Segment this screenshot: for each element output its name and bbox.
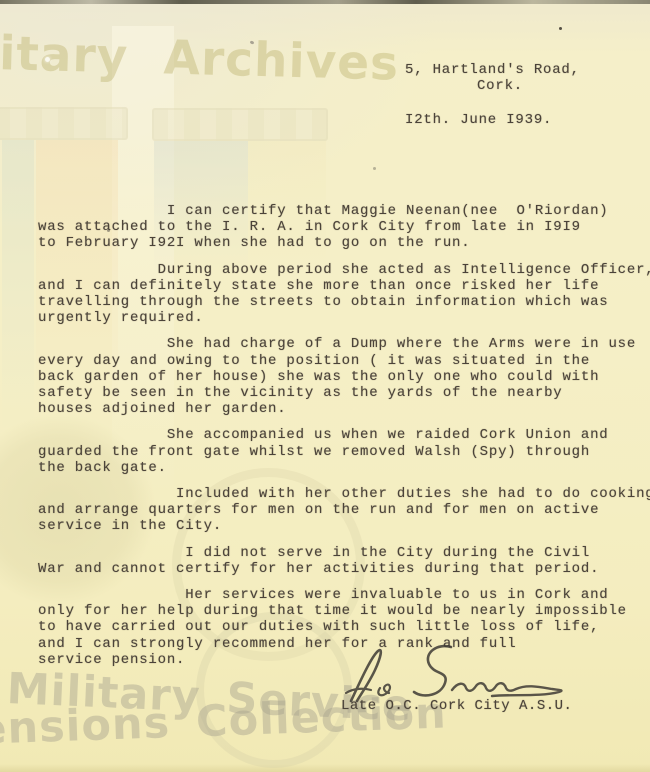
address-line: 5, Hartland's Road, [405, 62, 595, 78]
typed-line: every day and owing to the position ( it… [38, 353, 638, 369]
letter-date: I2th. June I939. [405, 112, 552, 128]
ink-speck [373, 167, 376, 170]
typed-line: During above period she acted as Intelli… [38, 262, 638, 278]
paragraph: Included with her other duties she had t… [38, 486, 638, 535]
typed-line: urgently required. [38, 310, 638, 326]
scanned-letter-page: Military Archives Military Service Pensi… [0, 0, 650, 772]
military-archives-watermark: Military Archives [0, 24, 400, 92]
typed-line: Her services were invaluable to us in Co… [38, 587, 638, 603]
scan-edge-line [0, 0, 650, 4]
typed-line: the back gate. [38, 460, 638, 476]
paragraph: I did not serve in the City during the C… [38, 545, 638, 577]
typed-line: I can certify that Maggie Neenan(nee O'R… [38, 203, 638, 219]
typed-line: to February I92I when she had to go on t… [38, 235, 638, 251]
typed-line: was attached to the I. R. A. in Cork Cit… [38, 219, 638, 235]
typed-line: travelling through the streets to obtain… [38, 294, 638, 310]
handwritten-signature [344, 644, 572, 706]
typed-line: War and cannot certify for her activitie… [38, 561, 638, 577]
typed-line: only for her help during that time it wo… [38, 603, 638, 619]
sender-address: 5, Hartland's Road, Cork. [405, 62, 595, 94]
paragraph: During above period she acted as Intelli… [38, 262, 638, 327]
typed-line: She accompanied us when we raided Cork U… [38, 427, 638, 443]
address-line: Cork. [405, 78, 595, 94]
signature-caption: Late O.C. Cork City A.S.U. [341, 698, 572, 714]
typed-line: safety be seen in the vicinity as the ya… [38, 385, 638, 401]
ribbon-knotwork-bar-right-icon [152, 108, 328, 141]
typed-line: guarded the front gate whilst we removed… [38, 444, 638, 460]
ink-speck [559, 27, 562, 30]
typed-line: Included with her other duties she had t… [38, 486, 638, 502]
typed-line: houses adjoined her garden. [38, 401, 638, 417]
ribbon-band-green-icon [2, 140, 34, 430]
typed-line: She had charge of a Dump where the Arms … [38, 336, 638, 352]
letter-body: I can certify that Maggie Neenan(nee O'R… [38, 203, 638, 678]
paragraph: She had charge of a Dump where the Arms … [38, 336, 638, 417]
paper-bottom-shade [0, 764, 650, 772]
paragraph: I can certify that Maggie Neenan(nee O'R… [38, 203, 638, 252]
ribbon-knotwork-bar-left-icon [0, 107, 128, 140]
typed-line: and I can definitely state she more than… [38, 278, 638, 294]
typed-line: I did not serve in the City during the C… [38, 545, 638, 561]
typed-line: service in the City. [38, 518, 638, 534]
typed-line: and arrange quarters for men on the run … [38, 502, 638, 518]
glare-spot [45, 57, 50, 62]
typed-line: to have carried out our duties with such… [38, 619, 638, 635]
paragraph: She accompanied us when we raided Cork U… [38, 427, 638, 476]
typed-line: back garden of her house) she was the on… [38, 369, 638, 385]
